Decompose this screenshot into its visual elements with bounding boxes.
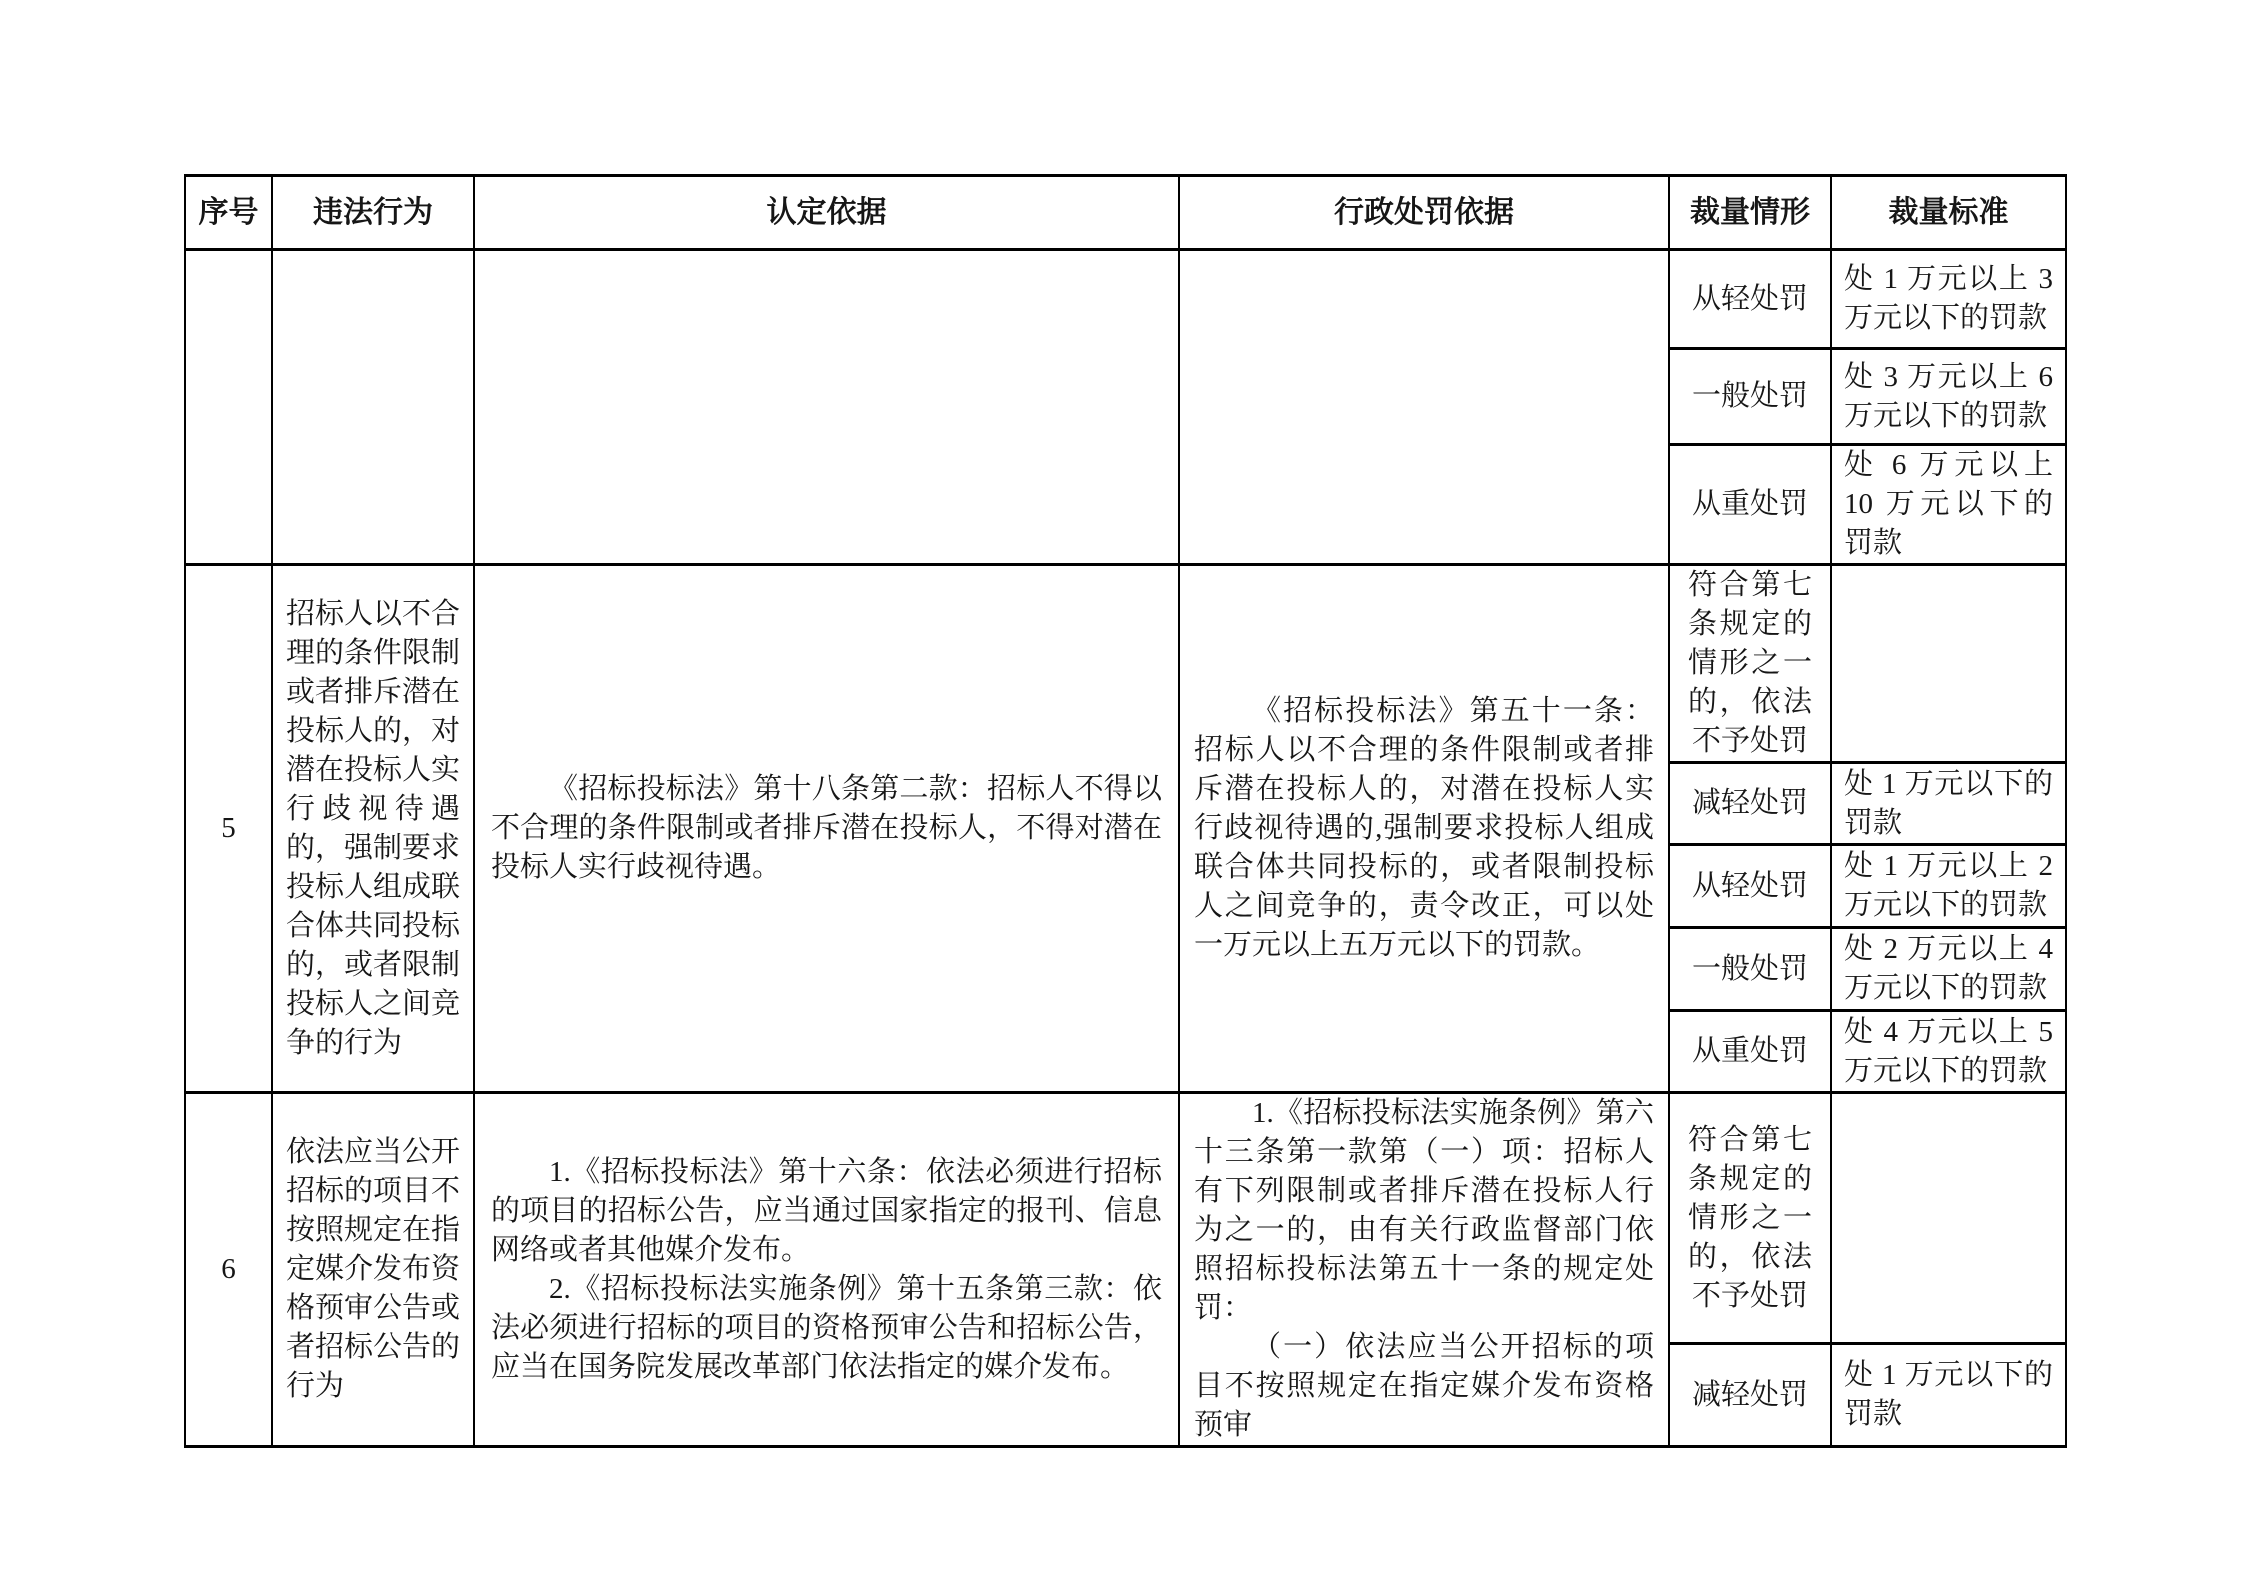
qingxing-cell: 一般处罚	[1669, 928, 1831, 1011]
qingxing-cell: 从轻处罚	[1669, 250, 1831, 349]
entry5-xuhao-cell: 5	[185, 565, 272, 1093]
biaozhun-cell: 处 1 万元以下的罚款	[1831, 1344, 2066, 1447]
header-cailiang-qingxing: 裁量情形	[1669, 176, 1831, 250]
qingxing-cell: 减轻处罚	[1669, 763, 1831, 845]
penalty-discretion-table: 序号 违法行为 认定依据 行政处罚依据 裁量情形 裁量标准 从轻处罚 处 1 万…	[184, 174, 2067, 1448]
carryover-behavior-cell	[272, 250, 474, 565]
biaozhun-text: 处 4 万元以上 5 万元以下的罚款	[1832, 1013, 2065, 1091]
entry6-behavior-cell: 依法应当公开招标的项目不按照规定在指定媒介发布资格预审公告或者招标公告的行为	[272, 1093, 474, 1447]
entry6-penalty-basis-text-2: （一）依法应当公开招标的项目不按照规定在指定媒介发布资格预审	[1180, 1328, 1668, 1445]
document-page: { "table": { "headers": ["序号", "违法行为", "…	[0, 0, 2245, 1587]
qingxing-cell: 符合第七条规定的情形之一的，依法不予处罚	[1669, 1093, 1831, 1344]
biaozhun-text: 处 1 万元以上 3 万元以下的罚款	[1832, 260, 2065, 338]
biaozhun-cell: 处 2 万元以上 4 万元以下的罚款	[1831, 928, 2066, 1011]
qingxing-text: 符合第七条规定的情形之一的，依法不予处罚	[1670, 566, 1830, 761]
entry6-behavior-text: 依法应当公开招标的项目不按照规定在指定媒介发布资格预审公告或者招标公告的行为	[273, 1133, 473, 1406]
biaozhun-text: 处 1 万元以下的罚款	[1832, 765, 2065, 843]
table-row: 6 依法应当公开招标的项目不按照规定在指定媒介发布资格预审公告或者招标公告的行为…	[185, 1093, 2066, 1344]
entry6-basis-text-1: 1.《招标投标法》第十六条：依法必须进行招标的项目的招标公告，应当通过国家指定的…	[475, 1153, 1178, 1270]
qingxing-cell: 从重处罚	[1669, 1011, 1831, 1093]
table-row: 5 招标人以不合理的条件限制或者排斥潜在投标人的，对潜在投标人实行歧视待遇的，强…	[185, 565, 2066, 763]
header-rending-yiju: 认定依据	[474, 176, 1179, 250]
biaozhun-text: 处 6 万元以上 10 万元以下的罚款	[1832, 446, 2065, 563]
qingxing-cell: 从重处罚	[1669, 445, 1831, 565]
biaozhun-cell: 处 1 万元以上 2 万元以下的罚款	[1831, 845, 2066, 928]
entry6-basis-cell: 1.《招标投标法》第十六条：依法必须进行招标的项目的招标公告，应当通过国家指定的…	[474, 1093, 1179, 1447]
entry5-basis-text: 《招标投标法》第十八条第二款：招标人不得以不合理的条件限制或者排斥潜在投标人，不…	[475, 770, 1178, 887]
entry6-penalty-basis-text-1: 1.《招标投标法实施条例》第六十三条第一款第（一）项：招标人有下列限制或者排斥潜…	[1180, 1094, 1668, 1328]
qingxing-cell: 一般处罚	[1669, 349, 1831, 445]
qingxing-text: 符合第七条规定的情形之一的，依法不予处罚	[1670, 1121, 1830, 1316]
qingxing-cell: 减轻处罚	[1669, 1344, 1831, 1447]
entry5-behavior-text: 招标人以不合理的条件限制或者排斥潜在投标人的，对潜在投标人实行歧视待遇的，强制要…	[273, 595, 473, 1063]
biaozhun-text: 处 1 万元以下的罚款	[1832, 1356, 2065, 1434]
biaozhun-cell: 处 3 万元以上 6 万元以下的罚款	[1831, 349, 2066, 445]
qingxing-cell: 从轻处罚	[1669, 845, 1831, 928]
biaozhun-cell: 处 6 万元以上 10 万元以下的罚款	[1831, 445, 2066, 565]
biaozhun-cell: 处 1 万元以下的罚款	[1831, 763, 2066, 845]
table-row: 从轻处罚 处 1 万元以上 3 万元以下的罚款	[185, 250, 2066, 349]
entry6-xuhao-cell: 6	[185, 1093, 272, 1447]
biaozhun-text: 处 2 万元以上 4 万元以下的罚款	[1832, 930, 2065, 1008]
entry5-penalty-basis-cell: 《招标投标法》第五十一条：招标人以不合理的条件限制或者排斥潜在投标人的，对潜在投…	[1179, 565, 1669, 1093]
carryover-penalty-basis-cell	[1179, 250, 1669, 565]
header-cailiang-biaozhun: 裁量标准	[1831, 176, 2066, 250]
entry6-penalty-basis-cell: 1.《招标投标法实施条例》第六十三条第一款第（一）项：招标人有下列限制或者排斥潜…	[1179, 1093, 1669, 1447]
entry5-basis-cell: 《招标投标法》第十八条第二款：招标人不得以不合理的条件限制或者排斥潜在投标人，不…	[474, 565, 1179, 1093]
biaozhun-cell	[1831, 1093, 2066, 1344]
carryover-xuhao-cell	[185, 250, 272, 565]
biaozhun-text: 处 3 万元以上 6 万元以下的罚款	[1832, 358, 2065, 436]
biaozhun-cell: 处 4 万元以上 5 万元以下的罚款	[1831, 1011, 2066, 1093]
entry5-behavior-cell: 招标人以不合理的条件限制或者排斥潜在投标人的，对潜在投标人实行歧视待遇的，强制要…	[272, 565, 474, 1093]
carryover-basis-cell	[474, 250, 1179, 565]
biaozhun-cell: 处 1 万元以上 3 万元以下的罚款	[1831, 250, 2066, 349]
header-xuhao: 序号	[185, 176, 272, 250]
biaozhun-text: 处 1 万元以上 2 万元以下的罚款	[1832, 847, 2065, 925]
header-weifa-xingwei: 违法行为	[272, 176, 474, 250]
entry5-penalty-basis-text: 《招标投标法》第五十一条：招标人以不合理的条件限制或者排斥潜在投标人的，对潜在投…	[1180, 692, 1668, 965]
entry6-basis-text-2: 2.《招标投标法实施条例》第十五条第三款：依法必须进行招标的项目的资格预审公告和…	[475, 1270, 1178, 1387]
biaozhun-cell	[1831, 565, 2066, 763]
header-chufa-yiju: 行政处罚依据	[1179, 176, 1669, 250]
table-header-row: 序号 违法行为 认定依据 行政处罚依据 裁量情形 裁量标准	[185, 176, 2066, 250]
qingxing-cell: 符合第七条规定的情形之一的，依法不予处罚	[1669, 565, 1831, 763]
